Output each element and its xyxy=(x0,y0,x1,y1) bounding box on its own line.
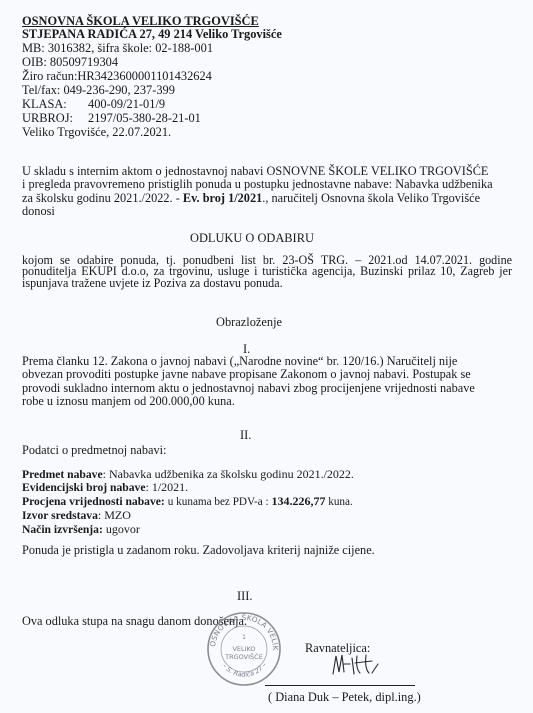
evidence-number: Ev. broj 1/2021 xyxy=(183,191,262,205)
intro-paragraph: U skladu s internim aktom o jednostavnoj… xyxy=(22,165,512,219)
bank-account-line: Žiro račun:HR3423600001101432624 xyxy=(22,70,212,84)
section-1-paragraph: Prema članku 12. Zakona o javnoj nabavi … xyxy=(22,355,512,409)
section-1-line: Prema članku 12. Zakona o javnoj nabavi … xyxy=(22,355,512,368)
intro-text: za školsku godinu 2021./2022. - xyxy=(22,191,183,205)
section-1-line: provodi sukladno internom aktu o jednost… xyxy=(22,382,512,395)
detail-value: 1/2021. xyxy=(152,480,188,494)
detail-value: kuna. xyxy=(325,496,352,508)
detail-estimated-value: Procjena vrijednosti nabave: u kunama be… xyxy=(22,495,512,509)
klasa-line: KLASA:400-09/21-01/9 xyxy=(22,98,165,112)
detail-evidence-number: Evidencijski broj nabave: 1/2021. xyxy=(22,481,512,494)
intro-line: donosi xyxy=(22,205,512,218)
procurement-details: Predmet nabave: Nabavka udžbenika za ško… xyxy=(22,468,512,536)
school-stamp-icon: OSNOVNA ŠKOLA VELIKO TRGOVIŠĆE – S. Radi… xyxy=(206,611,282,687)
intro-line: U skladu s internim aktom o jednostavnoj… xyxy=(22,165,512,178)
klasa-label: KLASA: xyxy=(22,98,88,112)
detail-execution-method: Način izvršenja: ugovor xyxy=(22,523,512,536)
detail-value: ugovor xyxy=(106,522,140,536)
detail-label: Predmet nabave xyxy=(22,468,103,481)
detail-label: Procjena vrijednosti nabave: xyxy=(22,495,165,508)
urbroj-label: URBROJ: xyxy=(22,112,88,126)
decision-title: ODLUKU O ODABIRU xyxy=(190,231,314,246)
intro-text: ., naručitelj Osnovna škola Veliko Trgov… xyxy=(262,191,480,205)
svg-text:VELIKO: VELIKO xyxy=(232,645,255,653)
section-2-conclusion: Ponuda je pristigla u zadanom roku. Zado… xyxy=(22,543,375,558)
detail-label: Izvor sredstava xyxy=(22,509,98,522)
mb-line: MB: 3016382, šifra škole: 02-188-001 xyxy=(22,42,213,56)
section-1-line: robe u iznosu manjem od 200.000,00 kuna. xyxy=(22,395,512,408)
estimated-amount: 134.226,77 xyxy=(271,494,325,508)
urbroj-line: URBROJ:2197/05-380-28-21-01 xyxy=(22,112,201,126)
svg-text:– S. Radića 27 –: – S. Radića 27 – xyxy=(221,661,268,679)
decision-line: ispunjava tražene uvjete iz Poziva za do… xyxy=(22,278,512,289)
place-date: Veliko Trgovišće, 22.07.2021. xyxy=(22,126,171,140)
detail-subject: Predmet nabave: Nabavka udžbenika za ško… xyxy=(22,468,512,481)
section-2-numeral: II. xyxy=(240,428,251,443)
urbroj-value: 2197/05-380-28-21-01 xyxy=(88,111,201,125)
detail-funding-source: Izvor sredstava: MZO xyxy=(22,509,512,522)
detail-value: Nabavka udžbenika za školsku godinu 2021… xyxy=(109,467,354,481)
signatory-name: ( Diana Duk – Petek, dipl.ing.) xyxy=(268,690,421,705)
handwritten-signature-icon xyxy=(330,650,380,678)
intro-line: za školsku godinu 2021./2022. - Ev. broj… xyxy=(22,192,512,205)
oib-line: OIB: 80509719304 xyxy=(22,56,118,70)
detail-label: Način izvršenja: xyxy=(22,523,103,536)
phone-fax-line: Tel/fax: 049-236-290, 237-399 xyxy=(22,84,175,98)
svg-text:TRGOVIŠĆE: TRGOVIŠĆE xyxy=(224,652,263,661)
detail-label: Evidencijski broj nabave xyxy=(22,481,145,494)
signature-line xyxy=(265,685,415,686)
reasoning-title: Obrazloženje xyxy=(216,315,282,330)
school-address: STJEPANA RADIĆA 27, 49 214 Veliko Trgovi… xyxy=(22,28,282,42)
section-1-line: obvezan provoditi postupke javne nabave … xyxy=(22,368,512,381)
section-2-intro: Podatci o predmetnoj nabavi: xyxy=(22,443,166,458)
detail-value: u kunama bez PDV-a : xyxy=(168,496,272,508)
section-3-numeral: III. xyxy=(237,589,252,604)
intro-line: i pregleda pravovremeno pristiglih ponud… xyxy=(22,178,512,191)
decision-paragraph: kojom se odabire ponuda, tj. ponudbeni l… xyxy=(22,255,512,289)
klasa-value: 400-09/21-01/9 xyxy=(88,97,165,111)
detail-value: MZO xyxy=(104,508,131,522)
svg-text:1: 1 xyxy=(242,634,246,641)
